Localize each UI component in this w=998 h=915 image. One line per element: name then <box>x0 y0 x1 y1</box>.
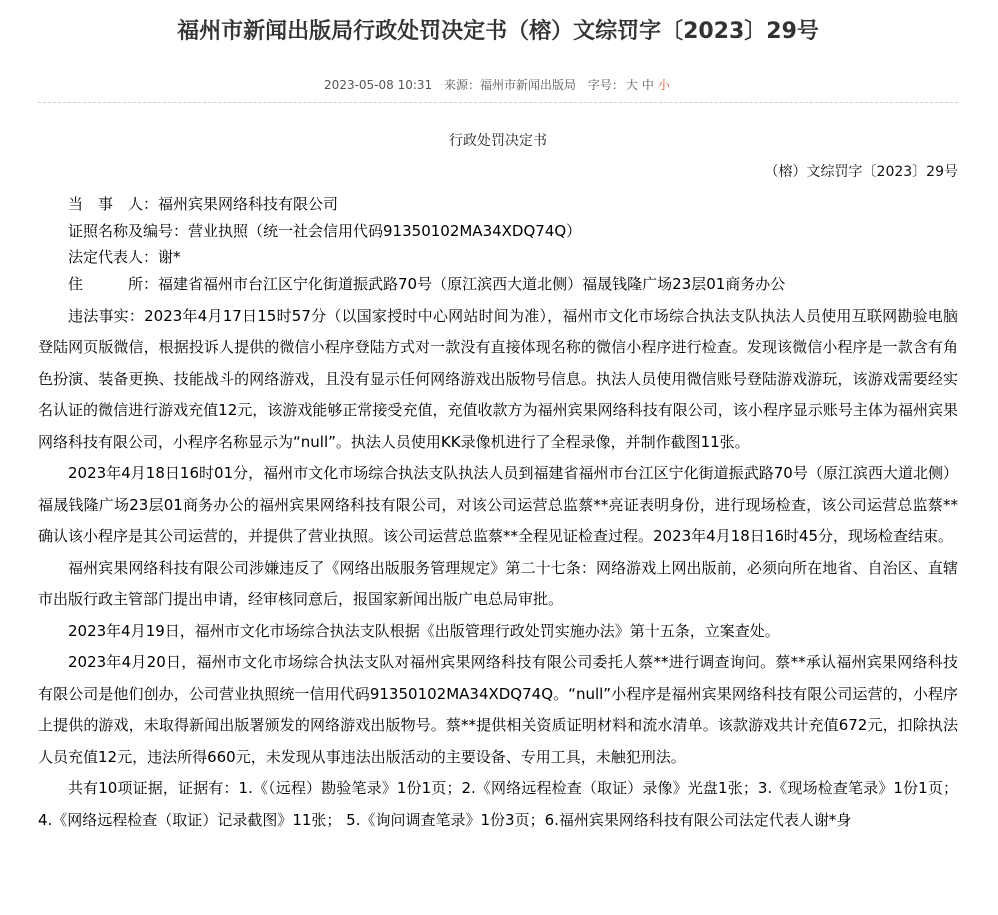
field-label: 当 事 人： <box>68 195 158 213</box>
field-legal-representative: 法定代表人：谢* <box>38 244 958 271</box>
field-value: 营业执照（统一社会信用代码91350102MA34XDQ74Q） <box>188 222 581 240</box>
field-label: 法定代表人： <box>68 248 158 266</box>
field-value: 谢* <box>158 248 181 266</box>
document-body: 当 事 人：福州宾果网络科技有限公司 证照名称及编号：营业执照（统一社会信用代码… <box>38 191 958 836</box>
paragraph-onsite-inspection: 2023年4月18日16时01分，福州市文化市场综合执法支队执法人员到福建省福州… <box>38 458 958 553</box>
field-value: 福州宾果网络科技有限公司 <box>158 195 338 213</box>
document-heading: 行政处罚决定书 <box>38 130 958 152</box>
field-license: 证照名称及编号：营业执照（统一社会信用代码91350102MA34XDQ74Q） <box>38 218 958 245</box>
paragraph-regulation-violated: 福州宾果网络科技有限公司涉嫌违反了《网络出版服务管理规定》第二十七条：网络游戏上… <box>38 553 958 616</box>
field-party: 当 事 人：福州宾果网络科技有限公司 <box>38 191 958 218</box>
paragraph-evidence: 共有10项证据，证据有：1.《（远程）勘验笔录》1份1页；2.《网络远程检查（取… <box>38 773 958 836</box>
publish-datetime: 2023-05-08 10:31 <box>324 78 432 92</box>
paragraph-investigation: 2023年4月20日，福州市文化市场综合执法支队对福州宾果网络科技有限公司委托人… <box>38 647 958 773</box>
page-title: 福州市新闻出版局行政处罚决定书（榕）文综罚字〔2023〕29号 <box>38 0 958 50</box>
font-size-label: 字号： <box>588 78 624 92</box>
field-value: 福建省福州市台江区宁化街道振武路70号（原江滨西大道北侧）福晟钱隆广场23层01… <box>158 275 785 293</box>
header-divider <box>38 102 958 103</box>
font-size-medium-button[interactable]: 中 <box>642 78 654 92</box>
font-size-small-button[interactable]: 小 <box>658 78 670 92</box>
field-address: 住 所：福建省福州市台江区宁化街道振武路70号（原江滨西大道北侧）福晟钱隆广场2… <box>38 271 958 298</box>
source: 来源：福州市新闻出版局 <box>444 78 576 92</box>
source-label: 来源： <box>444 78 480 92</box>
article-meta: 2023-05-08 10:31 来源：福州市新闻出版局 字号：大中小 <box>38 76 958 94</box>
document-number: （榕）文综罚字〔2023〕29号 <box>765 161 958 183</box>
font-size-control: 字号：大中小 <box>588 78 672 92</box>
source-value: 福州市新闻出版局 <box>480 78 576 92</box>
field-label: 住 所： <box>68 275 158 293</box>
paragraph-case-filed: 2023年4月19日，福州市文化市场综合执法支队根据《出版管理行政处罚实施办法》… <box>38 616 958 648</box>
paragraph-violation-facts: 违法事实：2023年4月17日15时57分（以国家授时中心网站时间为准），福州市… <box>38 301 958 459</box>
field-label: 证照名称及编号： <box>68 222 188 240</box>
article: 福州市新闻出版局行政处罚决定书（榕）文综罚字〔2023〕29号 2023-05-… <box>38 0 958 50</box>
font-size-large-button[interactable]: 大 <box>626 78 638 92</box>
